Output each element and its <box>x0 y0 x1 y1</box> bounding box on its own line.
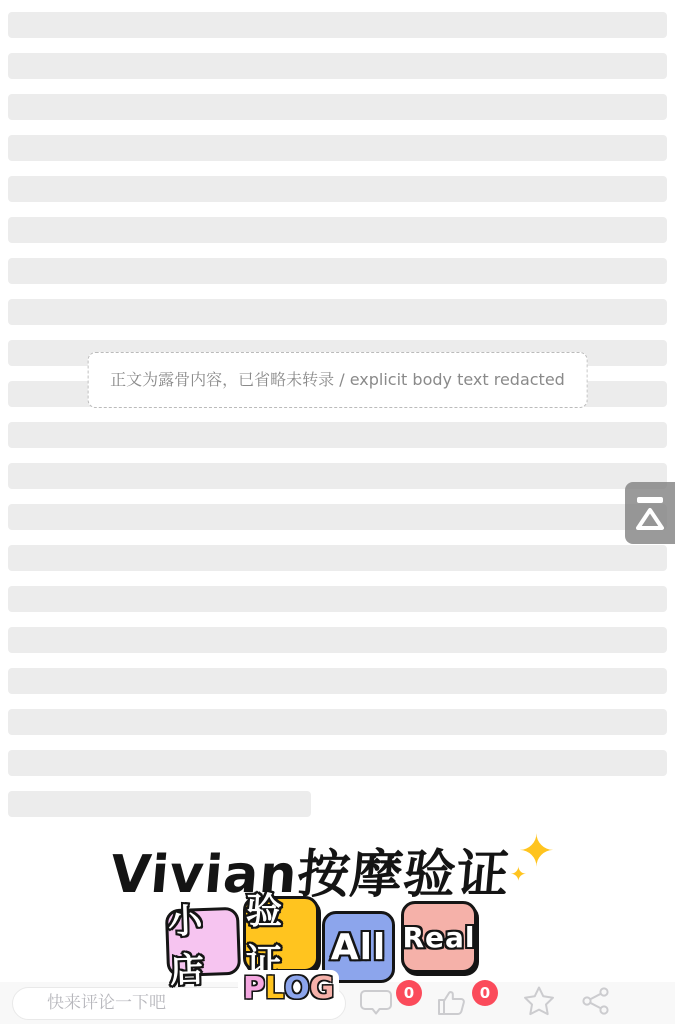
watermark: Vivian按摩验证✦✦ <box>0 832 675 907</box>
sticker-real-label: Real <box>402 921 475 954</box>
sticker-plog-letter: O <box>284 971 310 1006</box>
share-button[interactable] <box>580 986 612 1020</box>
page: 正文为露骨内容，已省略未转录 / explicit body text reda… <box>0 0 675 1024</box>
sticker-verify: 验证 <box>243 896 319 972</box>
comment-count-badge: 0 <box>396 980 422 1006</box>
sticker-plog: PLOG <box>238 970 339 1007</box>
redacted-text-line <box>8 422 667 448</box>
like-count-group[interactable]: 0 <box>436 988 498 1018</box>
redacted-text-line <box>8 94 667 120</box>
back-to-top-bar <box>637 497 663 503</box>
redacted-text-line <box>8 299 667 325</box>
share-icon <box>580 986 612 1016</box>
redacted-text-line <box>8 791 311 817</box>
redacted-text-line <box>8 135 667 161</box>
redacted-text-line <box>8 545 667 571</box>
sticker-all-label: All <box>331 927 387 968</box>
comment-count-group[interactable]: 0 <box>360 988 422 1018</box>
arrow-up-icon <box>636 508 664 530</box>
favorite-button[interactable] <box>522 985 556 1021</box>
redacted-text-line <box>8 12 667 38</box>
back-to-top-button[interactable] <box>625 482 675 544</box>
redacted-text-line <box>8 750 667 776</box>
redacted-text-line <box>8 53 667 79</box>
like-count-badge: 0 <box>472 980 498 1006</box>
redacted-text-line <box>8 504 667 530</box>
redacted-text-line <box>8 258 667 284</box>
sticker-shop: 小店 <box>165 907 241 978</box>
sticker-shop-label: 小店 <box>167 892 238 992</box>
sticker-plog-letter: L <box>265 971 284 1006</box>
sticker-real: Real <box>401 901 477 973</box>
sticker-plog-letter: G <box>310 971 335 1006</box>
sticker-plog-letter: P <box>243 971 265 1006</box>
redacted-text-line <box>8 709 667 735</box>
article-body: 正文为露骨内容，已省略未转录 / explicit body text reda… <box>8 12 667 830</box>
redacted-text-line <box>8 627 667 653</box>
redacted-text-line <box>8 668 667 694</box>
comment-bubble-icon <box>360 988 392 1018</box>
redacted-text-line <box>8 586 667 612</box>
redaction-notice: 正文为露骨内容，已省略未转录 / explicit body text reda… <box>87 352 588 408</box>
redacted-text-line <box>8 176 667 202</box>
star-icon <box>522 985 556 1017</box>
redacted-text-line <box>8 217 667 243</box>
sparkle-icon: ✦✦ <box>510 832 564 892</box>
redacted-text-line <box>8 463 667 489</box>
thumbs-up-icon <box>436 988 468 1018</box>
